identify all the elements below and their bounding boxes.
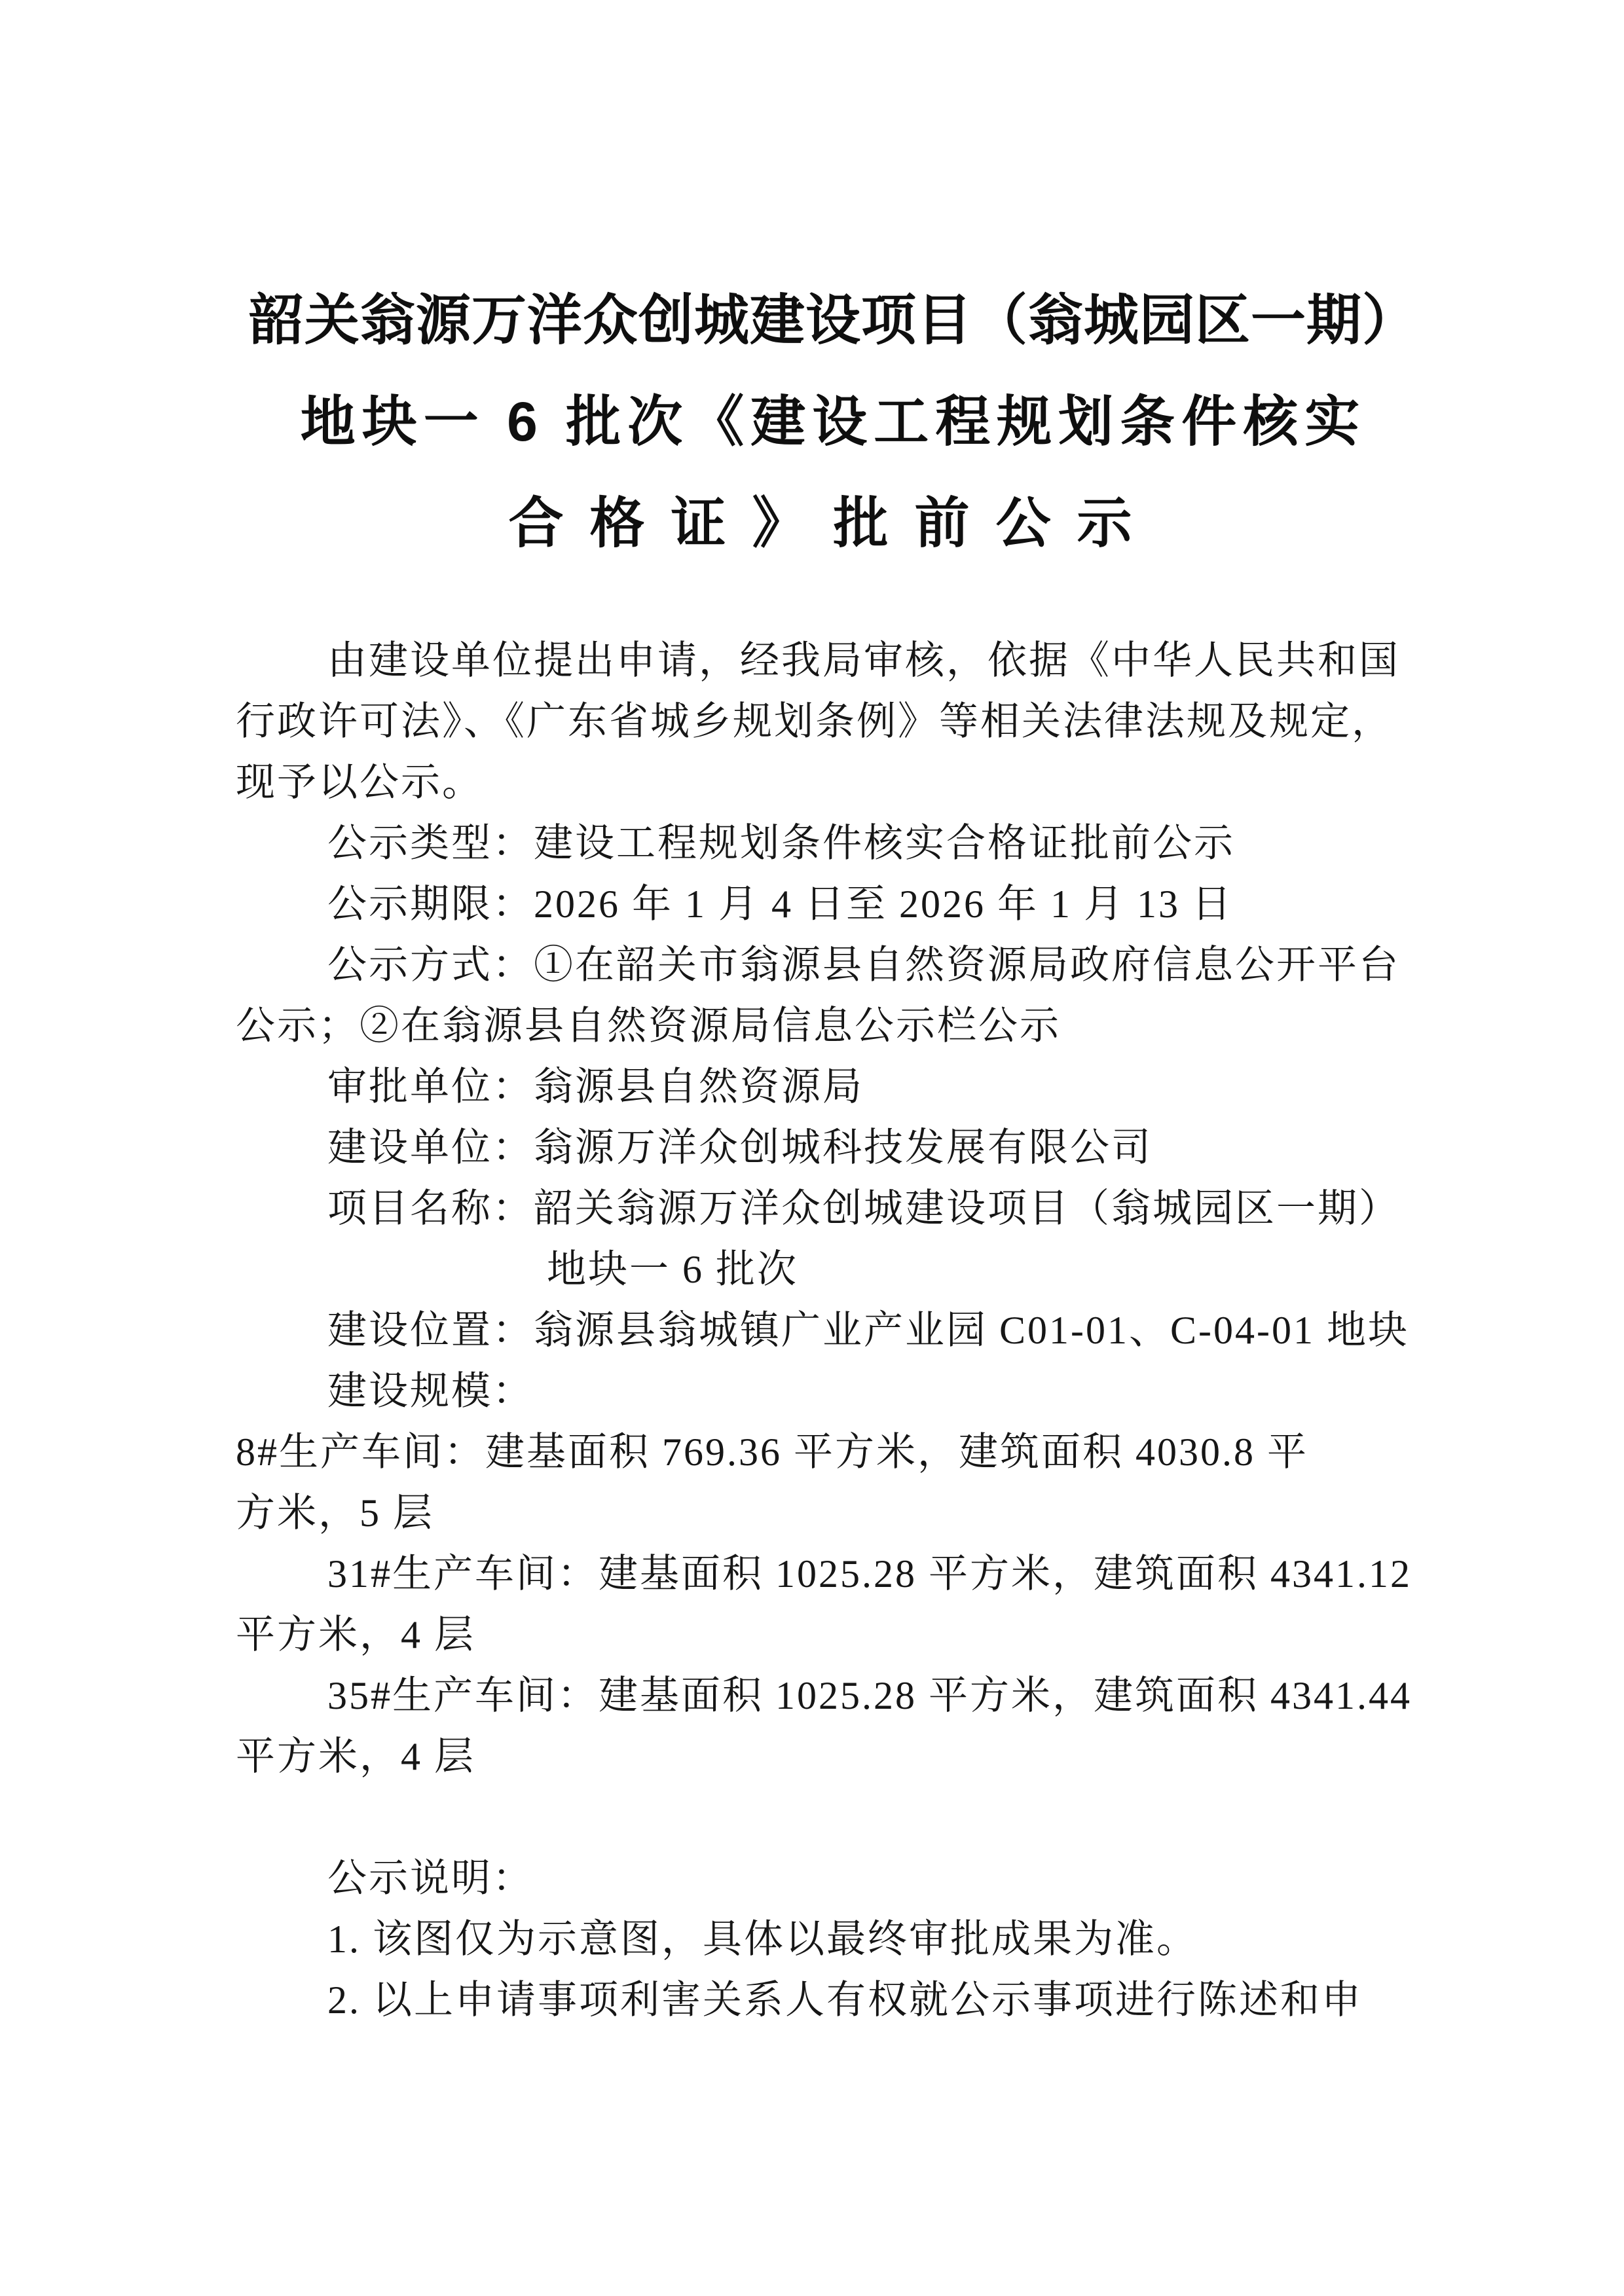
- field-notice-type: 公示类型：建设工程规划条件核实合格证批前公示: [236, 813, 1431, 874]
- field-approval-unit: 审批单位：翁源县自然资源局: [236, 1057, 1431, 1118]
- document-content: 韶关翁源万洋众创城建设项目（翁城园区一期） 地块一 6 批次《建设工程规划条件核…: [236, 0, 1431, 2031]
- document-title: 韶关翁源万洋众创城建设项目（翁城园区一期） 地块一 6 批次《建设工程规划条件核…: [236, 270, 1431, 574]
- document-body: 由建设单位提出申请，经我局审核，依据《中华人民共和国 行政许可法》、《广东省城乡…: [236, 630, 1431, 2031]
- field-notice-method-line-1: 公示方式：①在韶关市翁源县自然资源局政府信息公开平台: [236, 935, 1431, 996]
- scale-item-31-line-2: 平方米，4 层: [236, 1605, 1431, 1666]
- title-line-2: 地块一 6 批次《建设工程规划条件核实: [236, 371, 1431, 473]
- field-location: 建设位置：翁源县翁城镇广业产业园 C01-01、C-04-01 地块: [236, 1300, 1431, 1361]
- title-line-1: 韶关翁源万洋众创城建设项目（翁城园区一期）: [236, 270, 1431, 371]
- document-page: 韶关翁源万洋众创城建设项目（翁城园区一期） 地块一 6 批次《建设工程规划条件核…: [0, 0, 1624, 2296]
- notes-item-1: 1. 该图仅为示意图，具体以最终审批成果为准。: [236, 1909, 1431, 1970]
- notes-heading: 公示说明：: [236, 1848, 1431, 1909]
- title-line-3: 合格证》批前公示: [236, 473, 1431, 574]
- scale-item-35-line-1: 35#生产车间：建基面积 1025.28 平方米，建筑面积 4341.44: [236, 1666, 1431, 1726]
- notes-item-2: 2. 以上申请事项利害关系人有权就公示事项进行陈述和申: [236, 1970, 1431, 2031]
- scale-item-8-line-1: 8#生产车间：建基面积 769.36 平方米，建筑面积 4030.8 平: [236, 1422, 1431, 1483]
- scale-item-35-line-2: 平方米，4 层: [236, 1726, 1431, 1787]
- field-project-name-line-1: 项目名称：韶关翁源万洋众创城建设项目（翁城园区一期）: [236, 1178, 1431, 1239]
- scale-item-8-line-2: 方米，5 层: [236, 1483, 1431, 1544]
- field-notice-period: 公示期限：2026 年 1 月 4 日至 2026 年 1 月 13 日: [236, 874, 1431, 935]
- field-project-name-line-2: 地块一 6 批次: [236, 1239, 1431, 1300]
- field-construction-unit: 建设单位：翁源万洋众创城科技发展有限公司: [236, 1118, 1431, 1178]
- intro-line-2: 行政许可法》、《广东省城乡规划条例》等相关法律法规及规定，: [236, 691, 1431, 752]
- scale-item-31-line-1: 31#生产车间：建基面积 1025.28 平方米，建筑面积 4341.12: [236, 1544, 1431, 1605]
- intro-line-3: 现予以公示。: [236, 752, 1431, 813]
- field-scale-label: 建设规模：: [236, 1361, 1431, 1422]
- field-notice-method-line-2: 公示；②在翁源县自然资源局信息公示栏公示: [236, 996, 1431, 1057]
- intro-line-1: 由建设单位提出申请，经我局审核，依据《中华人民共和国: [236, 630, 1431, 691]
